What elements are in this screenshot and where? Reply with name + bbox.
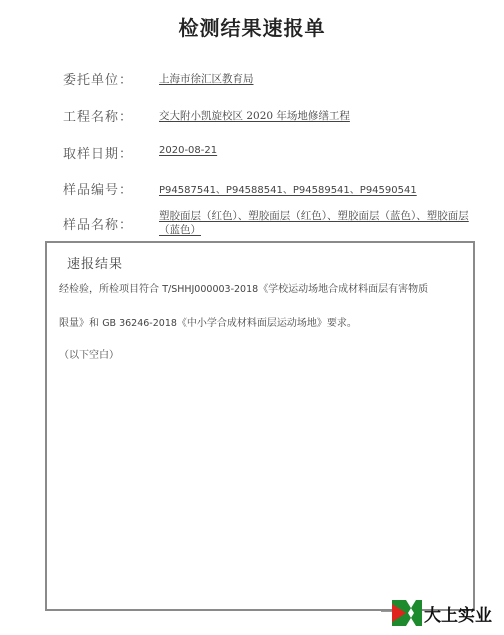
result-line-1: 经检验，所检项目符合 T/SHHJ000003-2018《学校运动场地合成材料面… [59,280,428,295]
result-heading: 速报结果 [67,253,123,272]
brand-text: 大上实业 [424,601,492,626]
field-label: 样品编号： [63,179,133,198]
field-value: 塑胶面层（红色）、塑胶面层（红色）、塑胶面层（蓝色）、塑胶面层（蓝色） [159,209,474,237]
field-label: 样品名称： [63,214,133,233]
result-text: 《中小学合成材料面层运动场地》要求。 [177,318,357,329]
result-text: 《学校运动场地合成材料面层有害物质 [258,284,428,295]
field-value: 上海市徐汇区教育局 [159,71,254,86]
result-text: 限量》和 [59,318,102,329]
brand-logo-icon [392,600,422,626]
result-line-2: 限量》和 GB 36246-2018《中小学合成材料面层运动场地》要求。 [59,314,357,329]
standard-code: GB 36246-2018 [102,318,177,329]
result-text: 经检验，所检项目符合 [59,284,162,295]
field-label: 取样日期： [63,143,133,162]
field-label: 工程名称： [63,106,133,125]
field-value: P94587541、P94588541、P94589541、P94590541 [159,181,417,196]
field-value: 2020-08-21 [159,145,217,156]
field-label: 委托单位： [63,69,133,88]
standard-code: T/SHHJ000003-2018 [162,284,258,295]
result-line-3: （以下空白） [59,346,119,361]
watermark-logo: 大上实业 [392,598,504,628]
document-title: 检测结果速报单 [0,12,504,41]
result-box: 速报结果 经检验，所检项目符合 T/SHHJ000003-2018《学校运动场地… [45,241,475,611]
field-value: 交大附小凯旋校区 2020 年场地修缮工程 [159,108,350,123]
